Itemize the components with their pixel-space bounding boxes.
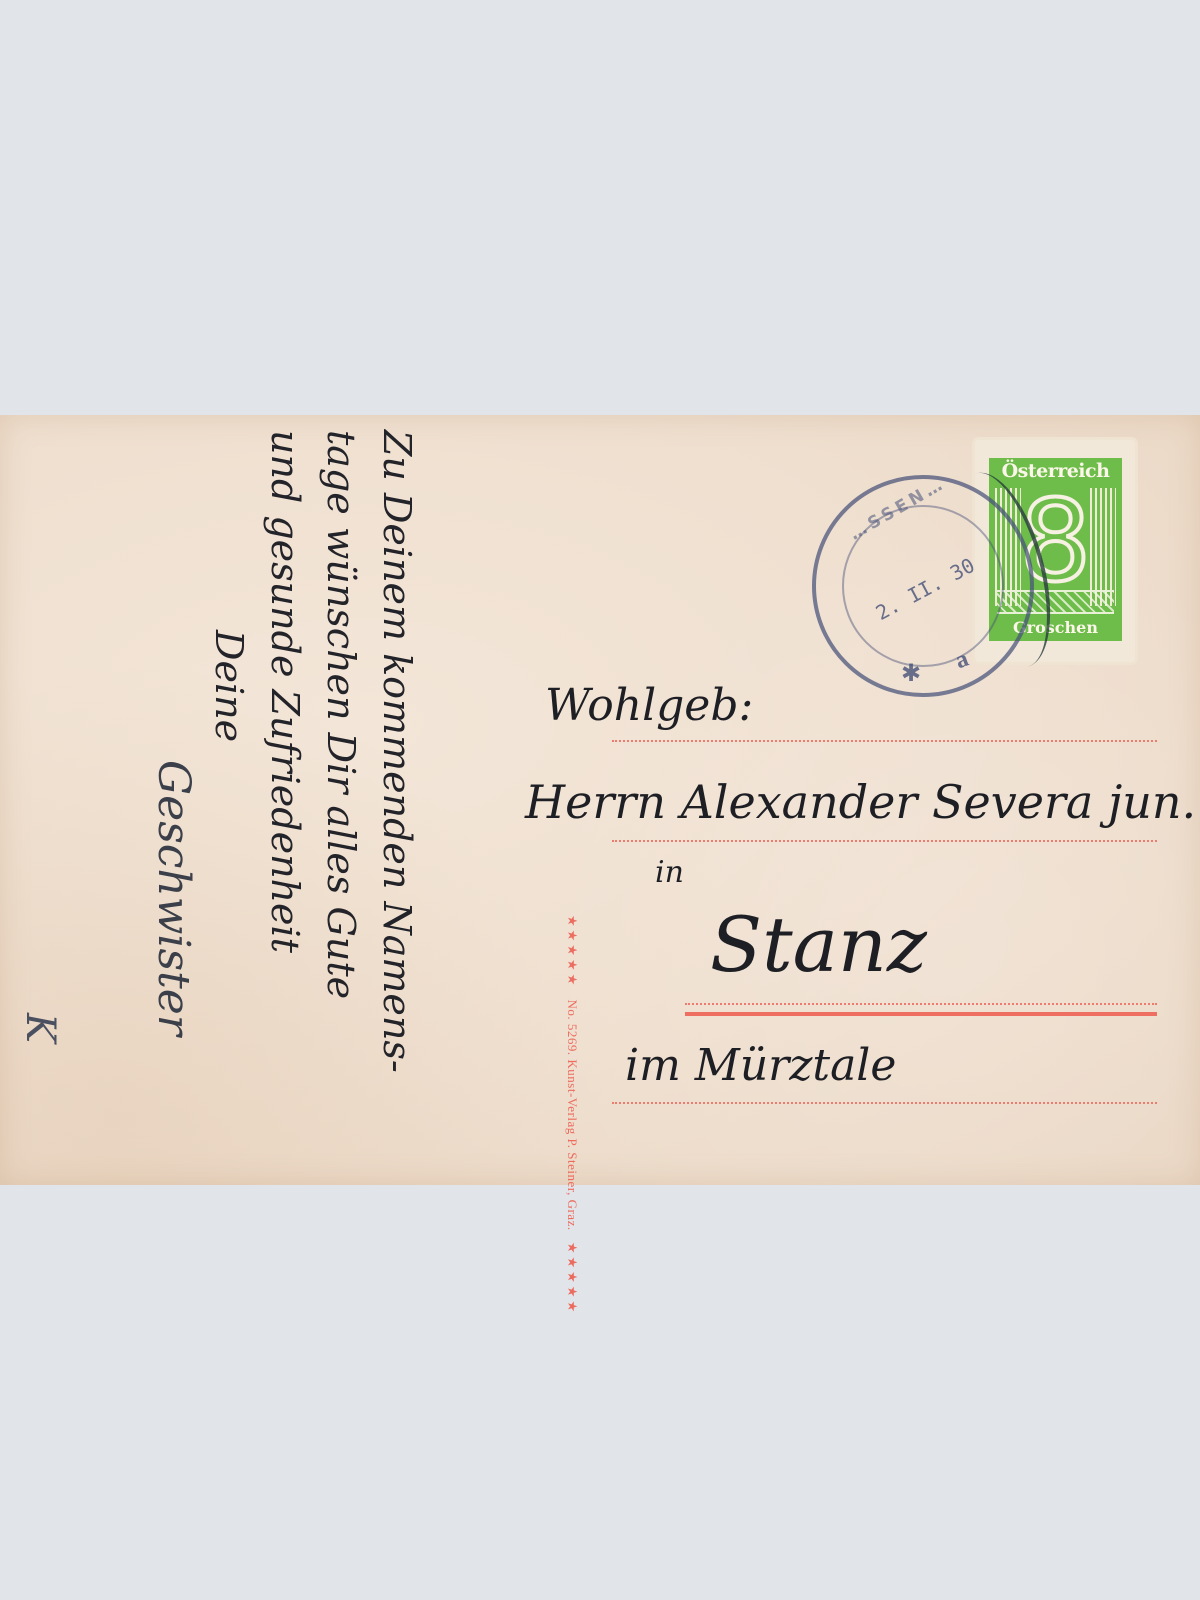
address-recipient: Herrn Alexander Severa jun. [525, 775, 1196, 829]
postmark-star-icon: ✱ [901, 659, 921, 688]
message-line-2: tage wünschen Dir alles Gute [313, 430, 369, 1073]
handwritten-message: Zu Deinem kommenden Namens- tage wünsche… [145, 430, 425, 1073]
corner-mark: K [17, 1013, 63, 1043]
address-town: Stanz [710, 900, 927, 989]
message-line-1: Zu Deinem kommenden Namens- [369, 430, 425, 1073]
address-salutation: Wohlgeb: [545, 680, 753, 731]
imprint-stars-right: ★★★★★ [565, 1242, 580, 1315]
address-line-2 [612, 840, 1157, 842]
address-region: im Mürztale [625, 1040, 896, 1091]
address-line-3-solid [685, 1012, 1157, 1016]
imprint-stars-left: ★★★★★ [565, 915, 580, 988]
address-line-4 [612, 1102, 1157, 1104]
publisher-imprint: ★★★★★ No. 5269. Kunst-Verlag P. Steiner,… [564, 915, 580, 1315]
address-line-3-dotted [685, 1003, 1157, 1005]
message-line-3: und gesunde Zufriedenheit [257, 430, 313, 1073]
message-signature: Geschwister [145, 760, 201, 1073]
address-preposition: in [655, 855, 684, 890]
address-line-1 [612, 740, 1157, 742]
message-closing: Deine [201, 630, 257, 1073]
imprint-text: No. 5269. Kunst-Verlag P. Steiner, Graz. [565, 1000, 580, 1231]
